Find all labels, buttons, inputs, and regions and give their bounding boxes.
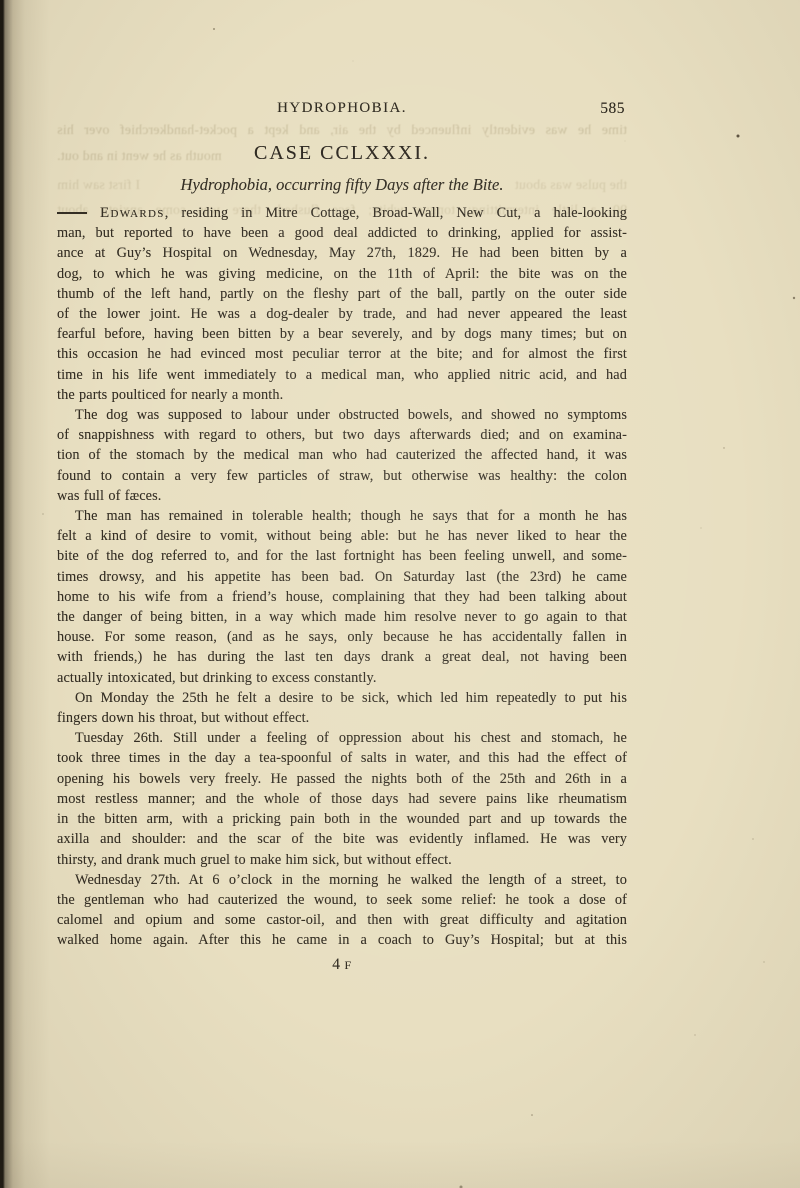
text-column: HYDROPHOBIA. 585 CASE CCLXXXI. Hydrophob…	[57, 0, 627, 1188]
text-line: dog, to which he was giving medicine, on…	[57, 264, 627, 284]
patient-name: Edwards	[100, 205, 165, 221]
text-line: fearful before, having been bitten by a …	[57, 324, 627, 344]
running-head: HYDROPHOBIA. 585	[57, 100, 627, 118]
book-gutter-shadow	[0, 0, 52, 1188]
text-line: of snappishness with regard to others, b…	[57, 425, 627, 445]
text-line: with friends,) he has during the last te…	[57, 647, 627, 667]
text-line: most restless manner; and the whole of t…	[57, 789, 627, 809]
text-line: fingers down his throat, but without eff…	[57, 708, 627, 728]
text-line: the parts poulticed for nearly a month.	[57, 385, 627, 405]
text-line: The man has remained in tolerable health…	[57, 506, 627, 526]
text-line: took three times in the day a tea-spoonf…	[57, 748, 627, 768]
name-dash	[57, 212, 87, 214]
text-line: walked home again. After this he came in…	[57, 930, 627, 950]
text-line: The dog was supposed to labour under obs…	[57, 405, 627, 425]
text-line: times drowsy, and his appetite has been …	[57, 567, 627, 587]
book-page: time he was evidently influenced by the …	[0, 0, 800, 1188]
scan-specks	[0, 0, 2, 2]
text-line: found to contain a very few particles of…	[57, 466, 627, 486]
text-line: actually intoxicated, but drinking to ex…	[57, 668, 627, 688]
text-line: tion of the stomach by the medical man w…	[57, 445, 627, 465]
text-line: calomel and opium and some castor-oil, a…	[57, 910, 627, 930]
text-line: man, but reported to have been a good de…	[57, 223, 627, 243]
text-line: time in his life went immediately to a m…	[57, 365, 627, 385]
text-line: this occasion he had evinced most peculi…	[57, 344, 627, 364]
text-line: the danger of being bitten, in a way whi…	[57, 607, 627, 627]
case-subtitle: Hydrophobia, occurring fifty Days after …	[57, 175, 627, 195]
text-line: axilla and shoulder: and the scar of the…	[57, 829, 627, 849]
signature-letter: F	[345, 958, 352, 972]
text-line: was full of fæces.	[57, 486, 627, 506]
text-line: bite of the dog referred to, and for the…	[57, 546, 627, 566]
text-line: ance at Guy’s Hospital on Wednesday, May…	[57, 243, 627, 263]
signature-mark: 4F	[57, 956, 627, 974]
text-line: opening his bowels very freely. He passe…	[57, 769, 627, 789]
running-title: HYDROPHOBIA.	[57, 100, 627, 117]
text-line: thumb of the left hand, partly on the fl…	[57, 284, 627, 304]
text-line: thirsty, and drank much gruel to make hi…	[57, 850, 627, 870]
signature-numeral: 4	[332, 956, 340, 973]
text-line: in the bitten arm, with a pricking pain …	[57, 809, 627, 829]
text-line: the gentleman who had cauterized the wou…	[57, 890, 627, 910]
text-line: Tuesday 26th. Still under a feeling of o…	[57, 728, 627, 748]
text-line: felt a kind of desire to vomit, without …	[57, 526, 627, 546]
page-number: 585	[600, 100, 625, 118]
case-heading: CASE CCLXXXI.	[57, 142, 627, 165]
text-line: Edwards, residing in Mitre Cottage, Broa…	[57, 203, 627, 223]
text-line: home to his wife from a friend’s house, …	[57, 587, 627, 607]
text-line: of the lower joint. He was a dog-dealer …	[57, 304, 627, 324]
text-line: Wednesday 27th. At 6 o’clock in the morn…	[57, 870, 627, 890]
body-text: Edwards, residing in Mitre Cottage, Broa…	[57, 203, 627, 951]
text-line: On Monday the 25th he felt a desire to b…	[57, 688, 627, 708]
text-line: house. For some reason, (and as he says,…	[57, 627, 627, 647]
